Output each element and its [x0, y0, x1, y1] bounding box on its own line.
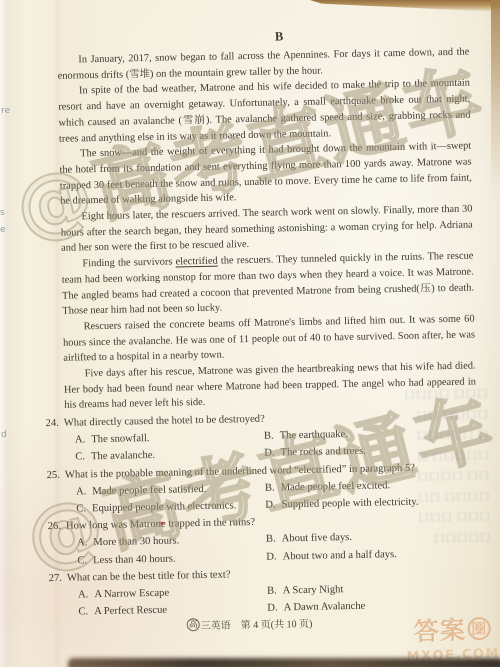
option-label: D.	[265, 496, 276, 513]
option-text: A Narrow Escape	[94, 585, 169, 604]
option-label: A.	[76, 483, 87, 500]
option-label: D.	[264, 445, 275, 462]
option-label: B.	[266, 531, 276, 548]
question-number: 26.	[48, 518, 62, 535]
page-content: B In January, 2017, snow began to fall a…	[0, 0, 500, 667]
option-text: The snowfall.	[91, 430, 150, 448]
option-label: B.	[264, 428, 274, 445]
option-label: A.	[77, 535, 88, 552]
option-text: A Dawn Avalanche	[284, 598, 366, 617]
option-text: Less than 40 hours.	[93, 550, 176, 569]
option-text: More than 30 hours.	[93, 533, 179, 552]
option-text: A Perfect Rescue	[94, 602, 167, 621]
option-label: C.	[75, 449, 85, 466]
option-label: B.	[265, 479, 275, 496]
option-label: D.	[266, 548, 277, 565]
option-text: The avalanche.	[91, 447, 155, 465]
option-label: C.	[76, 500, 86, 517]
option-label: D.	[267, 600, 278, 617]
red-speck	[161, 522, 164, 525]
option-label: A.	[78, 586, 89, 603]
passage-paragraph: Eight hours later, the rescuers arrived.…	[60, 202, 473, 257]
option-text: A Scary Night	[283, 581, 344, 599]
scanned-exam-page: re s e d B In January, 2017, snow began …	[0, 0, 500, 667]
footer-circled-char: 高	[187, 618, 200, 631]
footer-course-rest: 三英语	[201, 616, 231, 632]
logo-circled-char: 圈	[467, 616, 491, 640]
question-number: 27.	[49, 570, 63, 587]
section-label: B	[275, 29, 284, 44]
question-number: 25.	[47, 466, 61, 483]
answer-site-logo: 答案圈 MXQE.COM	[405, 609, 500, 664]
reading-passage: In January, 2017, snow began to fall acr…	[57, 45, 476, 414]
logo-title: 答案圈	[405, 609, 500, 648]
question-number: 24.	[45, 415, 59, 432]
underlined-word: electrified	[175, 256, 217, 268]
option-label: C.	[78, 603, 88, 620]
passage-text: Finding the survivors	[82, 257, 175, 270]
logo-title-text: 答案	[413, 611, 466, 649]
scan-edge-bottom	[68, 658, 500, 667]
option-label: B.	[267, 582, 277, 599]
bleed-line: 口口口口口	[306, 527, 491, 551]
option-label: A.	[75, 432, 86, 449]
passage-paragraph: Rescuers raised the concrete beams off M…	[63, 311, 476, 366]
page-footer: 高三英语 第 4 页(共 10 页)	[187, 615, 313, 633]
passage-paragraph: The snow—and the weight of everything it…	[59, 139, 472, 210]
passage-paragraph: In spite of the bad weather, Matrone and…	[58, 76, 471, 147]
footer-course: 高三英语	[187, 616, 231, 632]
option-label: C.	[77, 552, 87, 569]
bleed-through-text: 口口口 口口口口 口口口口 口口 口 口口口口口 口口口口口 口 口口 口口口口…	[303, 383, 491, 551]
passage-paragraph: Finding the survivors electrified the re…	[61, 249, 474, 320]
footer-page-number: 第 4 页(共 10 页)	[241, 615, 313, 631]
